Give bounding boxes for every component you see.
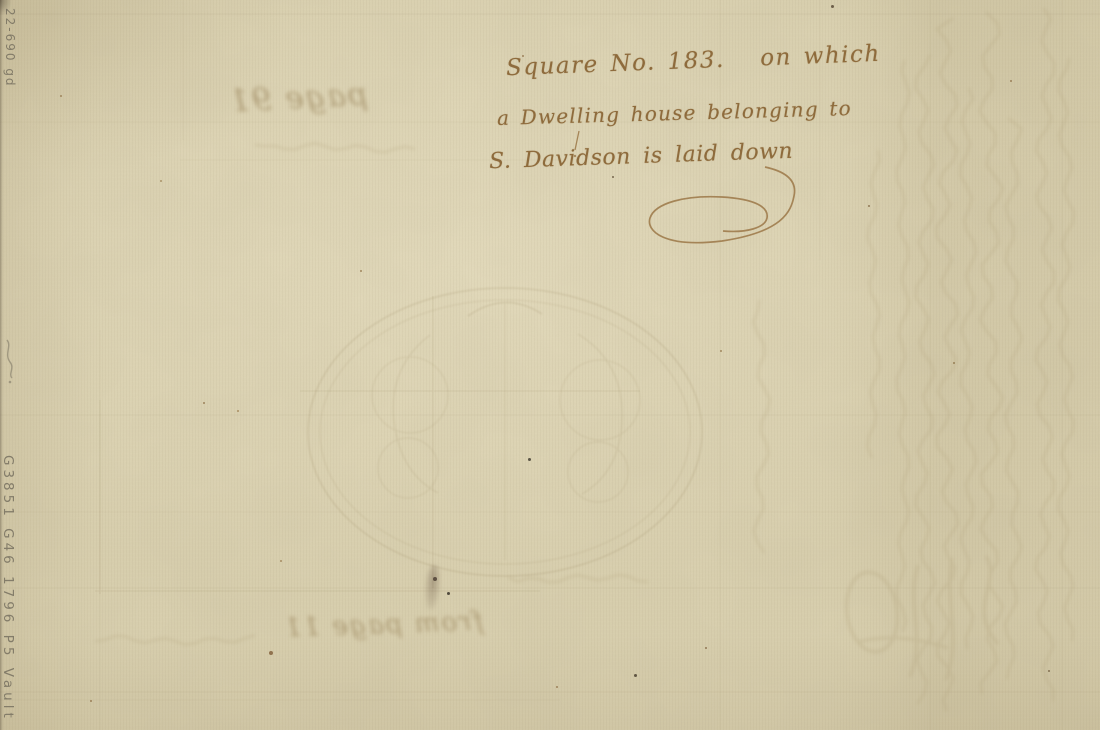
- plat-lines-bleedthrough: [95, 296, 640, 594]
- paper-corner-shadow: [0, 0, 12, 16]
- papermaker-watermark: [308, 288, 702, 576]
- archive-negative-number: 22-690 gd: [3, 8, 17, 88]
- paper-left-edge: [0, 0, 3, 730]
- scanned-document: page 91 from page 11 Square No. 183. on …: [0, 0, 1100, 730]
- pencil-fragment: [7, 340, 12, 383]
